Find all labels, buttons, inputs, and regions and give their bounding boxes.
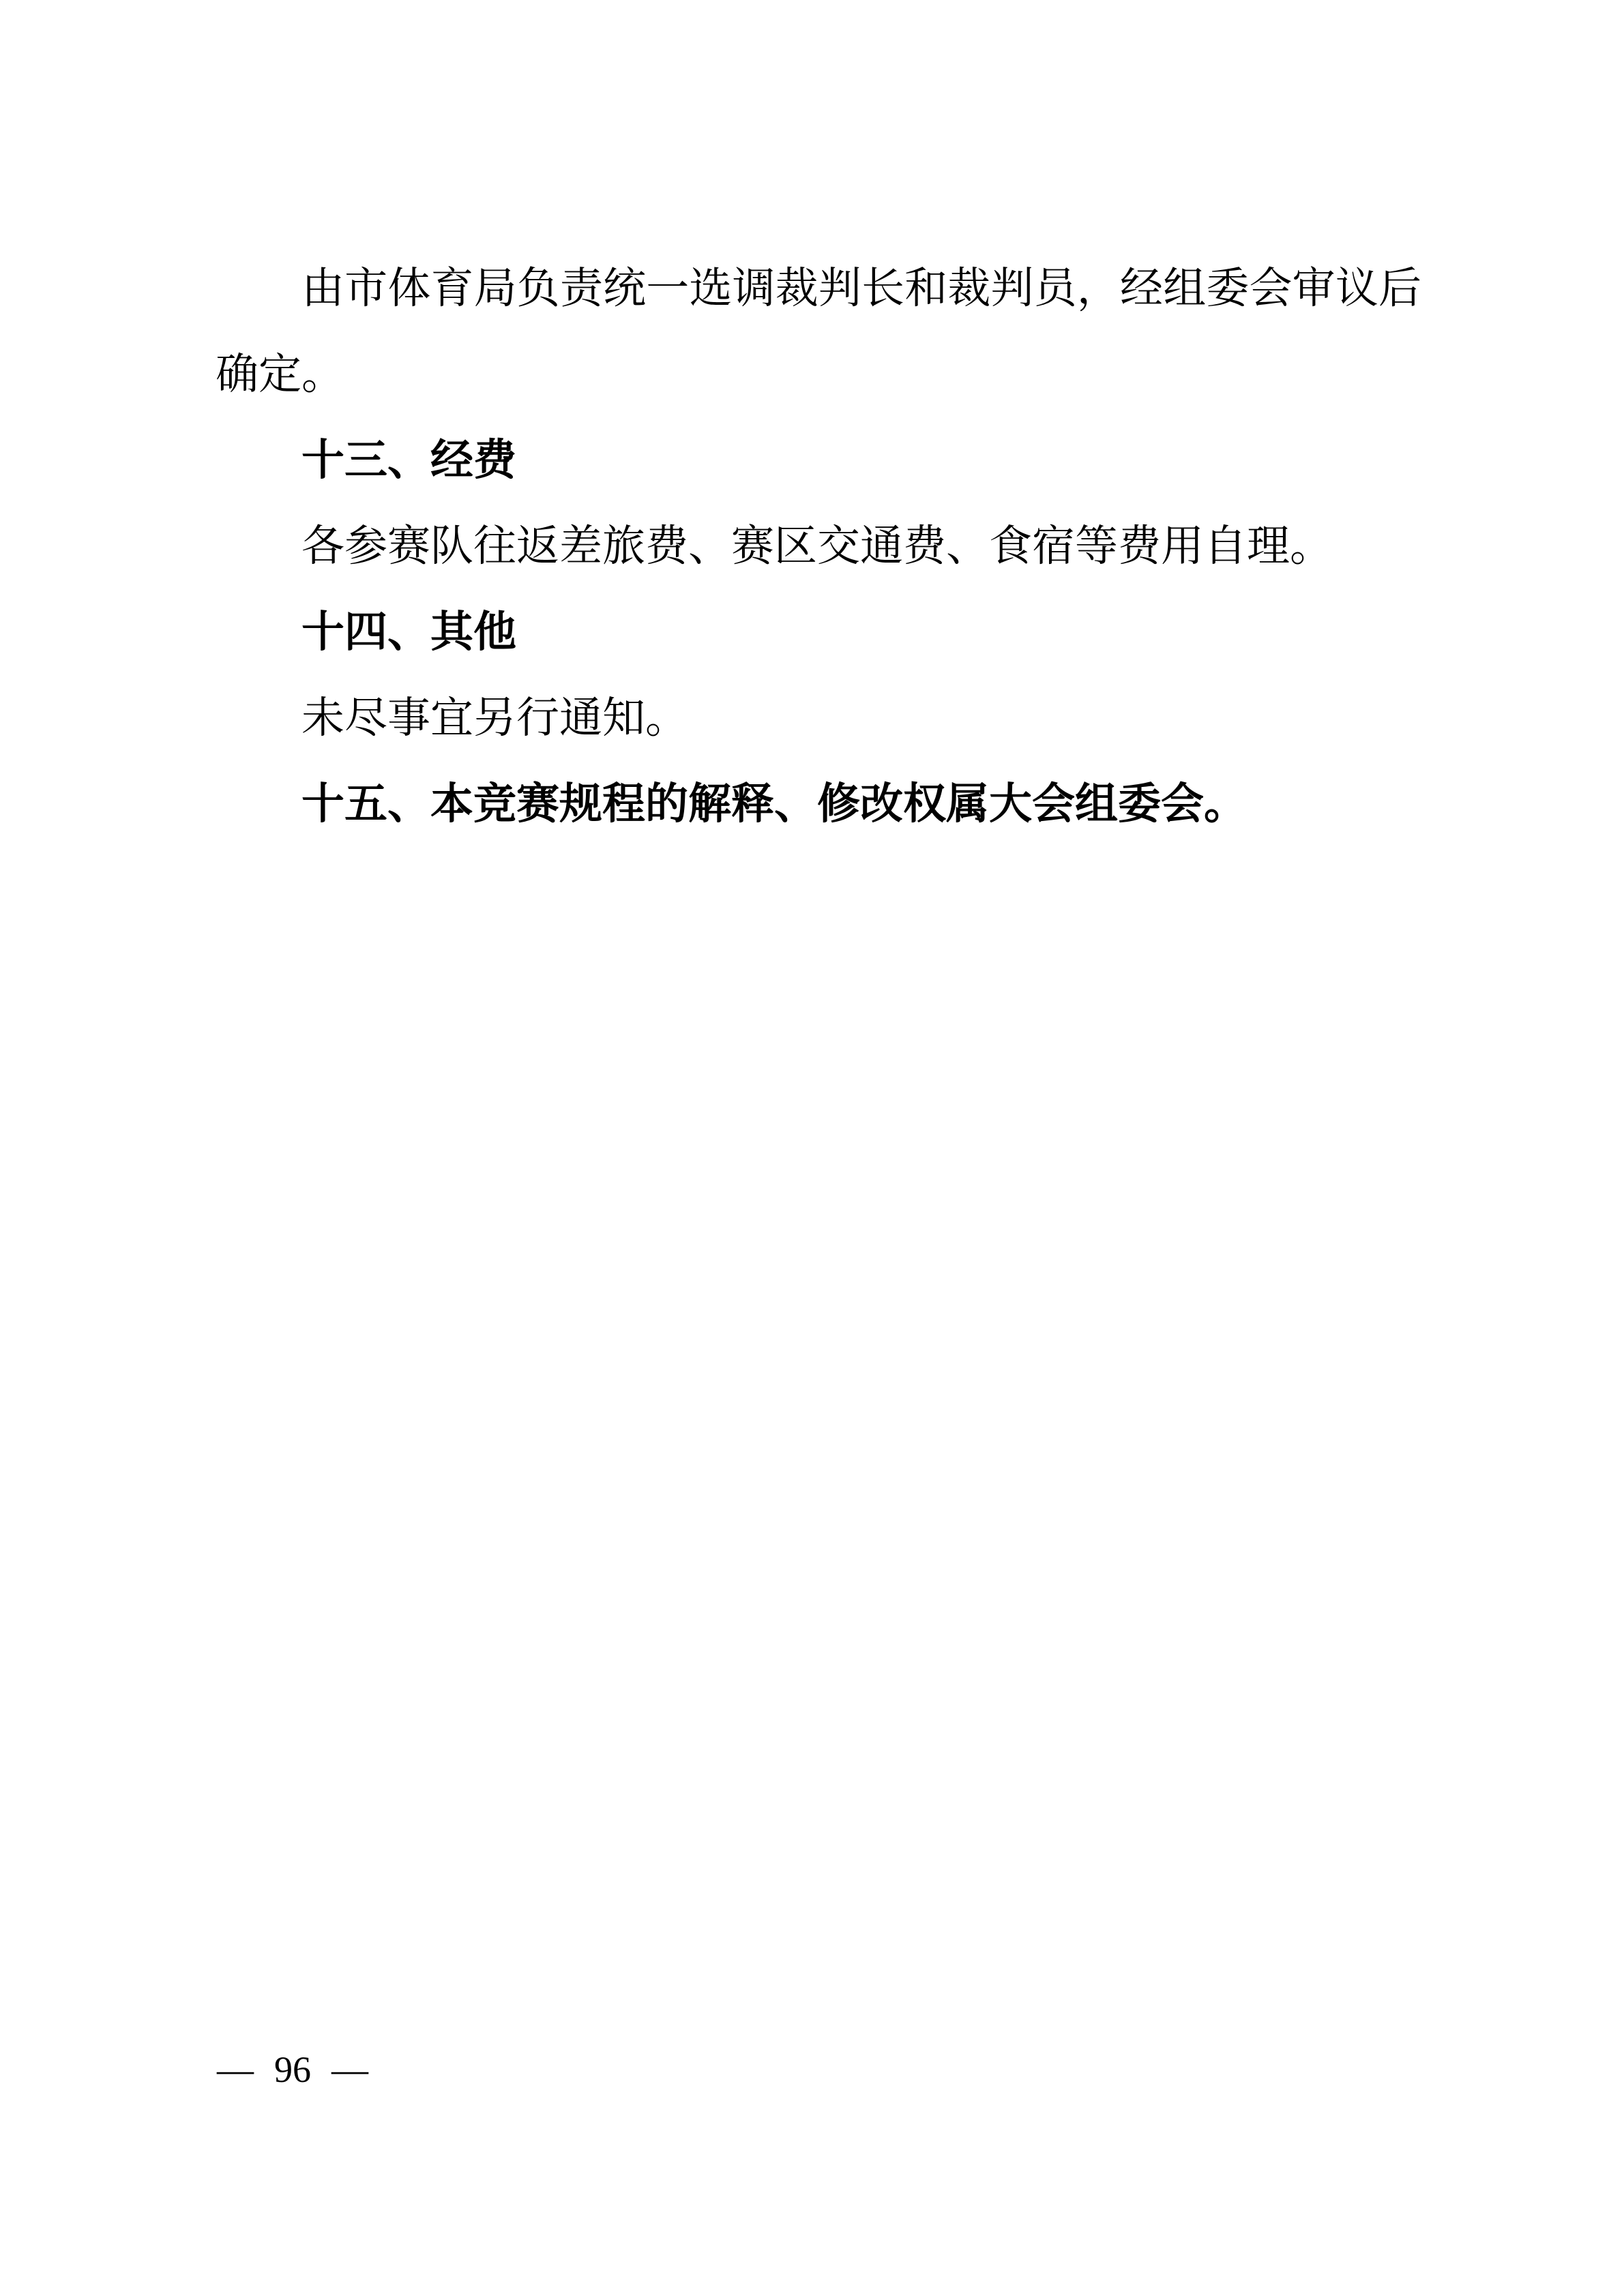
heading-section-14-others: 十四、其他 — [216, 589, 1421, 675]
document-page: 由市体育局负责统一选调裁判长和裁判员，经组委会审议后 确定。 十三、经费 各参赛… — [0, 0, 1624, 2296]
page-number-left-dash: — — [217, 2047, 254, 2092]
heading-section-13-funds: 十三、经费 — [216, 417, 1421, 503]
page-number-right-dash: — — [331, 2047, 368, 2092]
heading-section-15-interpretation: 十五、本竞赛规程的解释、修改权属大会组委会。 — [216, 761, 1421, 847]
paragraph-referee-selection-line1: 由市体育局负责统一选调裁判长和裁判员，经组委会审议后 — [216, 245, 1421, 331]
page-number: 96 — [274, 2047, 311, 2092]
document-content: 由市体育局负责统一选调裁判长和裁判员，经组委会审议后 确定。 十三、经费 各参赛… — [216, 245, 1421, 847]
paragraph-further-notice: 未尽事宜另行通知。 — [216, 675, 1421, 761]
paragraph-expenses-self-paid: 各参赛队往返差旅费、赛区交通费、食宿等费用自理。 — [216, 503, 1421, 589]
paragraph-referee-selection-line2: 确定。 — [216, 331, 1421, 417]
page-footer: — 96 — — [217, 2047, 368, 2092]
